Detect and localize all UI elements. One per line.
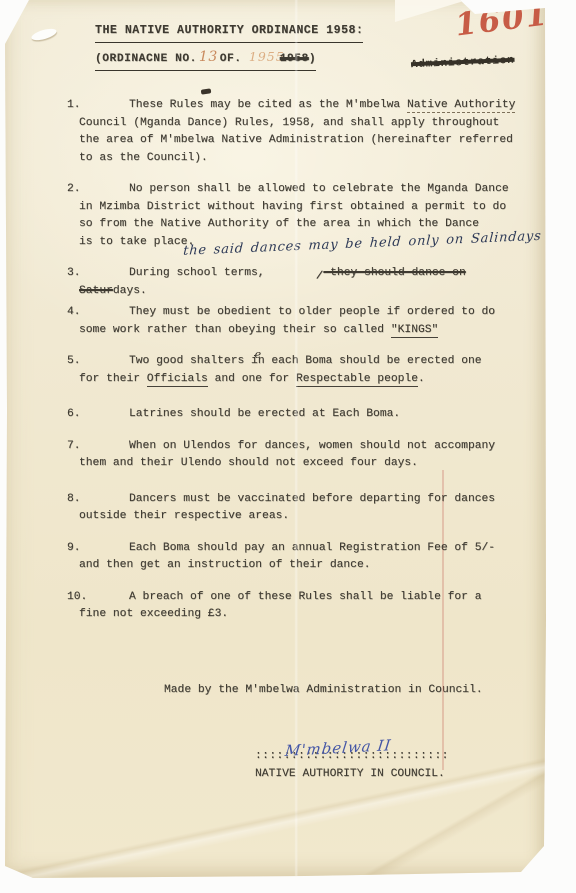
rule-1-text-cont: Council (Mganda Dance) Rules, 1958, and … [79, 117, 513, 164]
rule-5-text-mid2: and one for [208, 373, 296, 385]
subtitle-row: (ORDINACNE NO.13OF. 19551958) [95, 43, 532, 72]
rule-text: They must be obedient to older people if… [79, 304, 524, 339]
struck-year: 1958 [280, 53, 309, 65]
rule-text: No person shall be allowed to celebrate … [79, 181, 524, 251]
rule-5-text-end: . [418, 373, 425, 385]
authority-label: NATIVE AUTHORITY IN COUNCIL. [255, 766, 532, 784]
rule-text: A breach of one of these Rules shall be … [79, 589, 524, 624]
rule-number: 5. [67, 353, 81, 371]
rule-10: 10.A breach of one of these Rules shall … [67, 589, 524, 624]
rule-6: 6.Latrines should be erected at Each Bom… [67, 406, 524, 424]
rule-1: 1.These Rules may be cited as the M'mbel… [67, 97, 524, 167]
underlined-phrase-respectable-people: Respectable people [296, 373, 418, 387]
rule-text: Latrines should be erected at Each Boma. [79, 406, 524, 424]
rule-7: 7.When on Ulendos for dances, women shou… [67, 438, 524, 473]
rule-number: 10. [67, 589, 87, 607]
made-by-line: Made by the M'mbelwa Administration in C… [164, 682, 532, 700]
ordinance-subtitle: (ORDINACNE NO.13OF. 19551958) [95, 48, 316, 72]
rule-number: 9. [67, 540, 81, 558]
rule-number: 2. [67, 181, 81, 199]
rule-2: 2.No person shall be allowed to celebrat… [67, 181, 524, 251]
rule-text: During school terms,/ they should dance … [79, 265, 524, 300]
rule-number: 3. [67, 265, 81, 283]
rule-text: These Rules may be cited as the M'mbelwa… [79, 97, 524, 167]
rule-3-text-end: days. [113, 285, 147, 297]
document-title: THE NATIVE AUTHORITY ORDINANCE 1958: [95, 22, 363, 43]
title-row: THE NATIVE AUTHORITY ORDINANCE 1958: [95, 20, 532, 43]
rule-text: When on Ulendos for dances, women should… [79, 438, 524, 473]
ordinance-suffix: ) [309, 53, 316, 65]
signature-block: M'mbelwa II ::::::::::::::::::::::::::: … [255, 739, 532, 783]
rule-4: 4.They must be obedient to older people … [67, 304, 524, 339]
rule-1-text: These Rules may be cited as the M'mbelwa [129, 99, 407, 111]
rule-number: 4. [67, 304, 81, 322]
rule-text: Each Boma should pay an annual Registrat… [79, 540, 524, 575]
scan-background: 1601 Administration the said dances may … [0, 0, 576, 893]
ordinance-of: OF. [220, 53, 242, 65]
rule-5: 5.Two good shaelters in each Boma should… [67, 353, 524, 388]
underlined-word-kings: "KINGS" [391, 324, 438, 338]
rules-list: 1.These Rules may be cited as the M'mbel… [67, 97, 532, 624]
ordinance-prefix: (ORDINACNE NO. [95, 53, 197, 65]
handwritten-ordinance-number: 13 [199, 49, 218, 65]
document-footer: Made by the M'mbelwa Administration in C… [67, 682, 532, 784]
insertion-caret: / [265, 263, 323, 286]
rule-number: 1. [67, 97, 81, 115]
rule-3: 3.During school terms,/ they should danc… [67, 265, 524, 300]
rule-text: Dancers must be vaccinated before depart… [79, 491, 524, 526]
rule-number: 7. [67, 438, 81, 456]
typo-correction: ae [204, 355, 211, 367]
rule-8: 8.Dancers must be vaccinated before depa… [67, 491, 524, 526]
rule-9: 9.Each Boma should pay an annual Registr… [67, 540, 524, 575]
paper-tear [30, 27, 57, 43]
underlined-word-officials: Officials [147, 373, 208, 387]
document-header: THE NATIVE AUTHORITY ORDINANCE 1958: (OR… [95, 20, 532, 71]
rule-number: 6. [67, 406, 81, 424]
pencil-tick-mark [201, 88, 212, 94]
document-page: 1601 Administration the said dances may … [5, 0, 546, 878]
inserted-letter: e [205, 346, 262, 364]
pencil-underlined-phrase: Native Authority [407, 99, 515, 113]
rule-number: 8. [67, 491, 81, 509]
rule-text: Two good shaelters in each Boma should b… [79, 353, 524, 388]
rule-3-text: During school terms, [129, 267, 265, 279]
rule-5-text: Two good sh [129, 355, 204, 367]
